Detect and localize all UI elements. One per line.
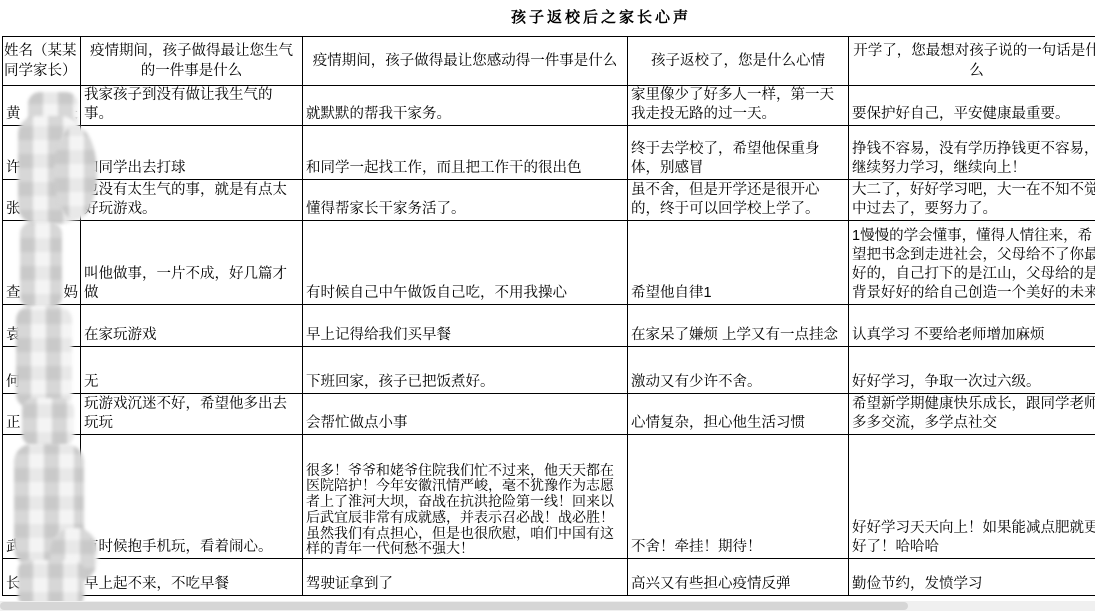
cell-mood[interactable]: 终于去学校了，希望他保重身体，别感冒	[628, 126, 849, 180]
cell-name[interactable]: 长	[3, 559, 81, 596]
cell-message[interactable]: 希望新学期健康快乐成长，跟同学老师多多交流，多学点社交	[849, 394, 1095, 435]
cell-message[interactable]: 1慢慢的学会懂事，懂得人情往来，希望把书念到走进社会，父母给不了你最好的，自己打…	[849, 221, 1095, 305]
header-cell-moved[interactable]: 疫情期间，孩子做得最让您感动得一件事是什么	[303, 37, 628, 86]
cell-name[interactable]: 袁	[3, 305, 81, 347]
table-row: 武 有时候抱手机玩，看着闹心。 很多！爷爷和姥爷住院我们忙不过来，他天天都在医院…	[3, 435, 1095, 559]
cell-moved[interactable]: 很多！爷爷和姥爷住院我们忙不过来，他天天都在医院陪护！今年安徽汛情严峻，毫不犹豫…	[303, 435, 628, 559]
cell-message[interactable]: 认真学习 不要给老师增加麻烦	[849, 305, 1095, 347]
name-fragment-right: 妈	[64, 284, 79, 303]
cell-moved[interactable]: 就默默的帮我干家务。	[303, 86, 628, 126]
cell-angry[interactable]: 无	[81, 347, 303, 394]
table-row: 许 和同学出去打球 和同学一起找工作，而且把工作干的很出色 终于去学校了，希望他…	[3, 126, 1095, 180]
cell-angry[interactable]: 和同学出去打球	[81, 126, 303, 180]
name-fragment-right: 长	[64, 200, 79, 219]
header-cell-mood[interactable]: 孩子返校了，您是什么心情	[628, 37, 849, 86]
cell-message[interactable]: 要保护好自己，平安健康最重要。	[849, 86, 1095, 126]
cell-angry[interactable]: 我家孩子到没有做让我生气的事。	[81, 86, 303, 126]
cell-name[interactable]: 查妈	[3, 221, 81, 305]
name-fragment-left: 张	[6, 200, 21, 219]
header-row: 姓名（某某同学家长） 疫情期间，孩子做得最让您生气的一件事是什么 疫情期间，孩子…	[3, 37, 1095, 86]
name-fragment-right: 长	[64, 105, 79, 124]
header-cell-angry[interactable]: 疫情期间，孩子做得最让您生气的一件事是什么	[81, 37, 303, 86]
cell-name[interactable]: 武	[3, 435, 81, 559]
cell-name[interactable]: 何	[3, 347, 81, 394]
cell-angry[interactable]: 有时候抱手机玩，看着闹心。	[81, 435, 303, 559]
cell-mood[interactable]: 心情复杂，担心他生活习惯	[628, 394, 849, 435]
cell-message[interactable]: 勤俭节约，发愤学习	[849, 559, 1095, 596]
cell-angry[interactable]: 也没有太生气的事，就是有点太好玩游戏。	[81, 180, 303, 221]
cell-moved[interactable]: 下班回家，孩子已把饭煮好。	[303, 347, 628, 394]
cell-moved[interactable]: 懂得帮家长干家务活了。	[303, 180, 628, 221]
name-fragment-left: 袁	[6, 326, 21, 345]
name-fragment-left: 查	[6, 284, 21, 303]
cell-moved[interactable]: 会帮忙做点小事	[303, 394, 628, 435]
horizontal-scrollbar	[0, 601, 1095, 611]
cell-angry[interactable]: 早上起不来，不吃早餐	[81, 559, 303, 596]
name-fragment-left: 黄	[6, 105, 21, 124]
header-cell-name[interactable]: 姓名（某某同学家长）	[3, 37, 81, 86]
cell-name[interactable]: 正	[3, 394, 81, 435]
cell-mood[interactable]: 虽不舍，但是开学还是很开心的，终于可以回学校上学了。	[628, 180, 849, 221]
cell-mood[interactable]: 在家呆了嫌烦 上学又有一点挂念	[628, 305, 849, 347]
name-fragment-left: 何	[6, 373, 21, 392]
cell-message[interactable]: 好好学习天天向上！如果能减点肥就更好了！哈哈哈	[849, 435, 1095, 559]
table-row: 正 玩游戏沉迷不好，希望他多出去玩玩 会帮忙做点小事 心情复杂，担心他生活习惯 …	[3, 394, 1095, 435]
table-row: 长 早上起不来，不吃早餐 驾驶证拿到了 高兴又有些担心疫情反弹 勤俭节约，发愤学…	[3, 559, 1095, 596]
cell-mood[interactable]: 激动又有少许不舍。	[628, 347, 849, 394]
table-row: 袁 在家玩游戏 早上记得给我们买早餐 在家呆了嫌烦 上学又有一点挂念 认真学习 …	[3, 305, 1095, 347]
cell-mood[interactable]: 希望他自律1	[628, 221, 849, 305]
scrollbar-thumb[interactable]	[0, 602, 908, 610]
table-row: 张长 也没有太生气的事，就是有点太好玩游戏。 懂得帮家长干家务活了。 虽不舍，但…	[3, 180, 1095, 221]
name-fragment-left: 许	[6, 159, 21, 178]
cell-name[interactable]: 黄长	[3, 86, 81, 126]
cell-mood[interactable]: 高兴又有些担心疫情反弹	[628, 559, 849, 596]
cell-angry[interactable]: 玩游戏沉迷不好，希望他多出去玩玩	[81, 394, 303, 435]
cell-name[interactable]: 许	[3, 126, 81, 180]
cell-moved[interactable]: 驾驶证拿到了	[303, 559, 628, 596]
parents-feedback-table: 姓名（某某同学家长） 疫情期间，孩子做得最让您生气的一件事是什么 疫情期间，孩子…	[2, 36, 1095, 596]
table-row: 查妈 叫他做事，一片不成，好几篇才做 有时候自己中午做饭自己吃，不用我操心 希望…	[3, 221, 1095, 305]
cell-moved[interactable]: 早上记得给我们买早餐	[303, 305, 628, 347]
name-fragment-left: 武	[6, 538, 21, 557]
cell-moved[interactable]: 和同学一起找工作，而且把工作干的很出色	[303, 126, 628, 180]
cell-moved[interactable]: 有时候自己中午做饭自己吃，不用我操心	[303, 221, 628, 305]
cell-message[interactable]: 好好学习，争取一次过六级。	[849, 347, 1095, 394]
table-row: 何 无 下班回家，孩子已把饭煮好。 激动又有少许不舍。 好好学习，争取一次过六级…	[3, 347, 1095, 394]
page-title: 孩子返校后之家长心声	[511, 6, 691, 27]
cell-mood[interactable]: 家里像少了好多人一样，第一天我走投无路的过一天。	[628, 86, 849, 126]
name-fragment-left: 长	[6, 575, 21, 594]
cell-angry[interactable]: 叫他做事，一片不成，好几篇才做	[81, 221, 303, 305]
table-row: 黄长 我家孩子到没有做让我生气的事。 就默默的帮我干家务。 家里像少了好多人一样…	[3, 86, 1095, 126]
cell-angry[interactable]: 在家玩游戏	[81, 305, 303, 347]
cell-mood[interactable]: 不舍！牵挂！期待！	[628, 435, 849, 559]
header-cell-message[interactable]: 开学了，您最想对孩子说的一句话是什么	[849, 37, 1095, 86]
cell-name[interactable]: 张长	[3, 180, 81, 221]
cell-message[interactable]: 挣钱不容易，没有学历挣钱更不容易，继续努力学习，继续向上！	[849, 126, 1095, 180]
name-fragment-left: 正	[6, 414, 21, 433]
cell-message[interactable]: 大二了，好好学习吧，大一在不知不觉中过去了，要努力了。	[849, 180, 1095, 221]
